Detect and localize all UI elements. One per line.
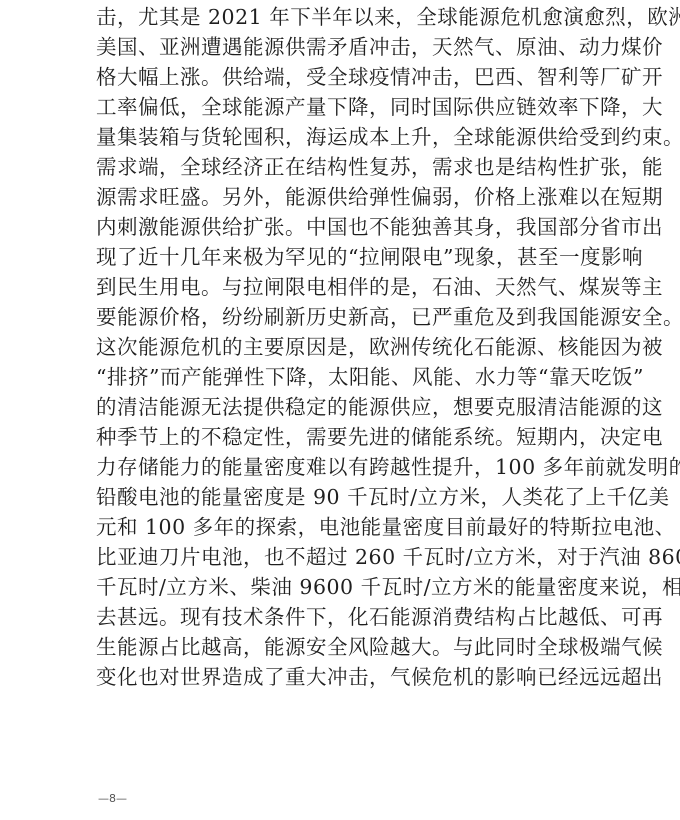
text-line: 需求端，全球经济正在结构性复苏，需求也是结构性扩张，能 [96, 152, 592, 182]
text-line: 到民生用电。与拉闸限电相伴的是，石油、天然气、煤炭等主 [96, 272, 592, 302]
text-line: 比亚迪刀片电池，也不超过 260 千瓦时/立方米，对于汽油 8600 [96, 542, 592, 572]
text-line: “排挤”而产能弹性下降，太阳能、风能、水力等“靠天吃饭” [96, 362, 592, 392]
page-number: —8— [98, 792, 127, 805]
text-line: 要能源价格，纷纷刷新历史新高，已严重危及到我国能源安全。 [96, 302, 592, 332]
text-line: 元和 100 多年的探索，电池能量密度目前最好的特斯拉电池、 [96, 512, 592, 542]
text-line: 的清洁能源无法提供稳定的能源供应，想要克服清洁能源的这 [96, 392, 592, 422]
body-paragraph: 击，尤其是 2021 年下半年以来，全球能源危机愈演愈烈，欧洲、 美国、亚洲遭遇… [96, 2, 592, 692]
text-line: 击，尤其是 2021 年下半年以来，全球能源危机愈演愈烈，欧洲、 [96, 2, 592, 32]
text-line: 变化也对世界造成了重大冲击，气候危机的影响已经远远超出 [96, 662, 592, 692]
text-line: 量集装箱与货轮囤积，海运成本上升，全球能源供给受到约束。 [96, 122, 592, 152]
text-line: 内刺激能源供给扩张。中国也不能独善其身，我国部分省市出 [96, 212, 592, 242]
text-line: 美国、亚洲遭遇能源供需矛盾冲击，天然气、原油、动力煤价 [96, 32, 592, 62]
text-line: 这次能源危机的主要原因是，欧洲传统化石能源、核能因为被 [96, 332, 592, 362]
text-line: 力存储能力的能量密度难以有跨越性提升，100 多年前就发明的 [96, 452, 592, 482]
document-page: 击，尤其是 2021 年下半年以来，全球能源危机愈演愈烈，欧洲、 美国、亚洲遭遇… [0, 0, 680, 820]
text-line: 生能源占比越高，能源安全风险越大。与此同时全球极端气候 [96, 632, 592, 662]
text-line: 种季节上的不稳定性，需要先进的储能系统。短期内，决定电 [96, 422, 592, 452]
text-line: 去甚远。现有技术条件下，化石能源消费结构占比越低、可再 [96, 602, 592, 632]
text-line: 铅酸电池的能量密度是 90 千瓦时/立方米，人类花了上千亿美 [96, 482, 592, 512]
text-line: 源需求旺盛。另外，能源供给弹性偏弱，价格上涨难以在短期 [96, 182, 592, 212]
text-line: 现了近十几年来极为罕见的“拉闸限电”现象，甚至一度影响 [96, 242, 592, 272]
text-line: 工率偏低，全球能源产量下降，同时国际供应链效率下降，大 [96, 92, 592, 122]
text-line: 格大幅上涨。供给端，受全球疫情冲击，巴西、智利等厂矿开 [96, 62, 592, 92]
text-line: 千瓦时/立方米、柴油 9600 千瓦时/立方米的能量密度来说，相 [96, 572, 592, 602]
